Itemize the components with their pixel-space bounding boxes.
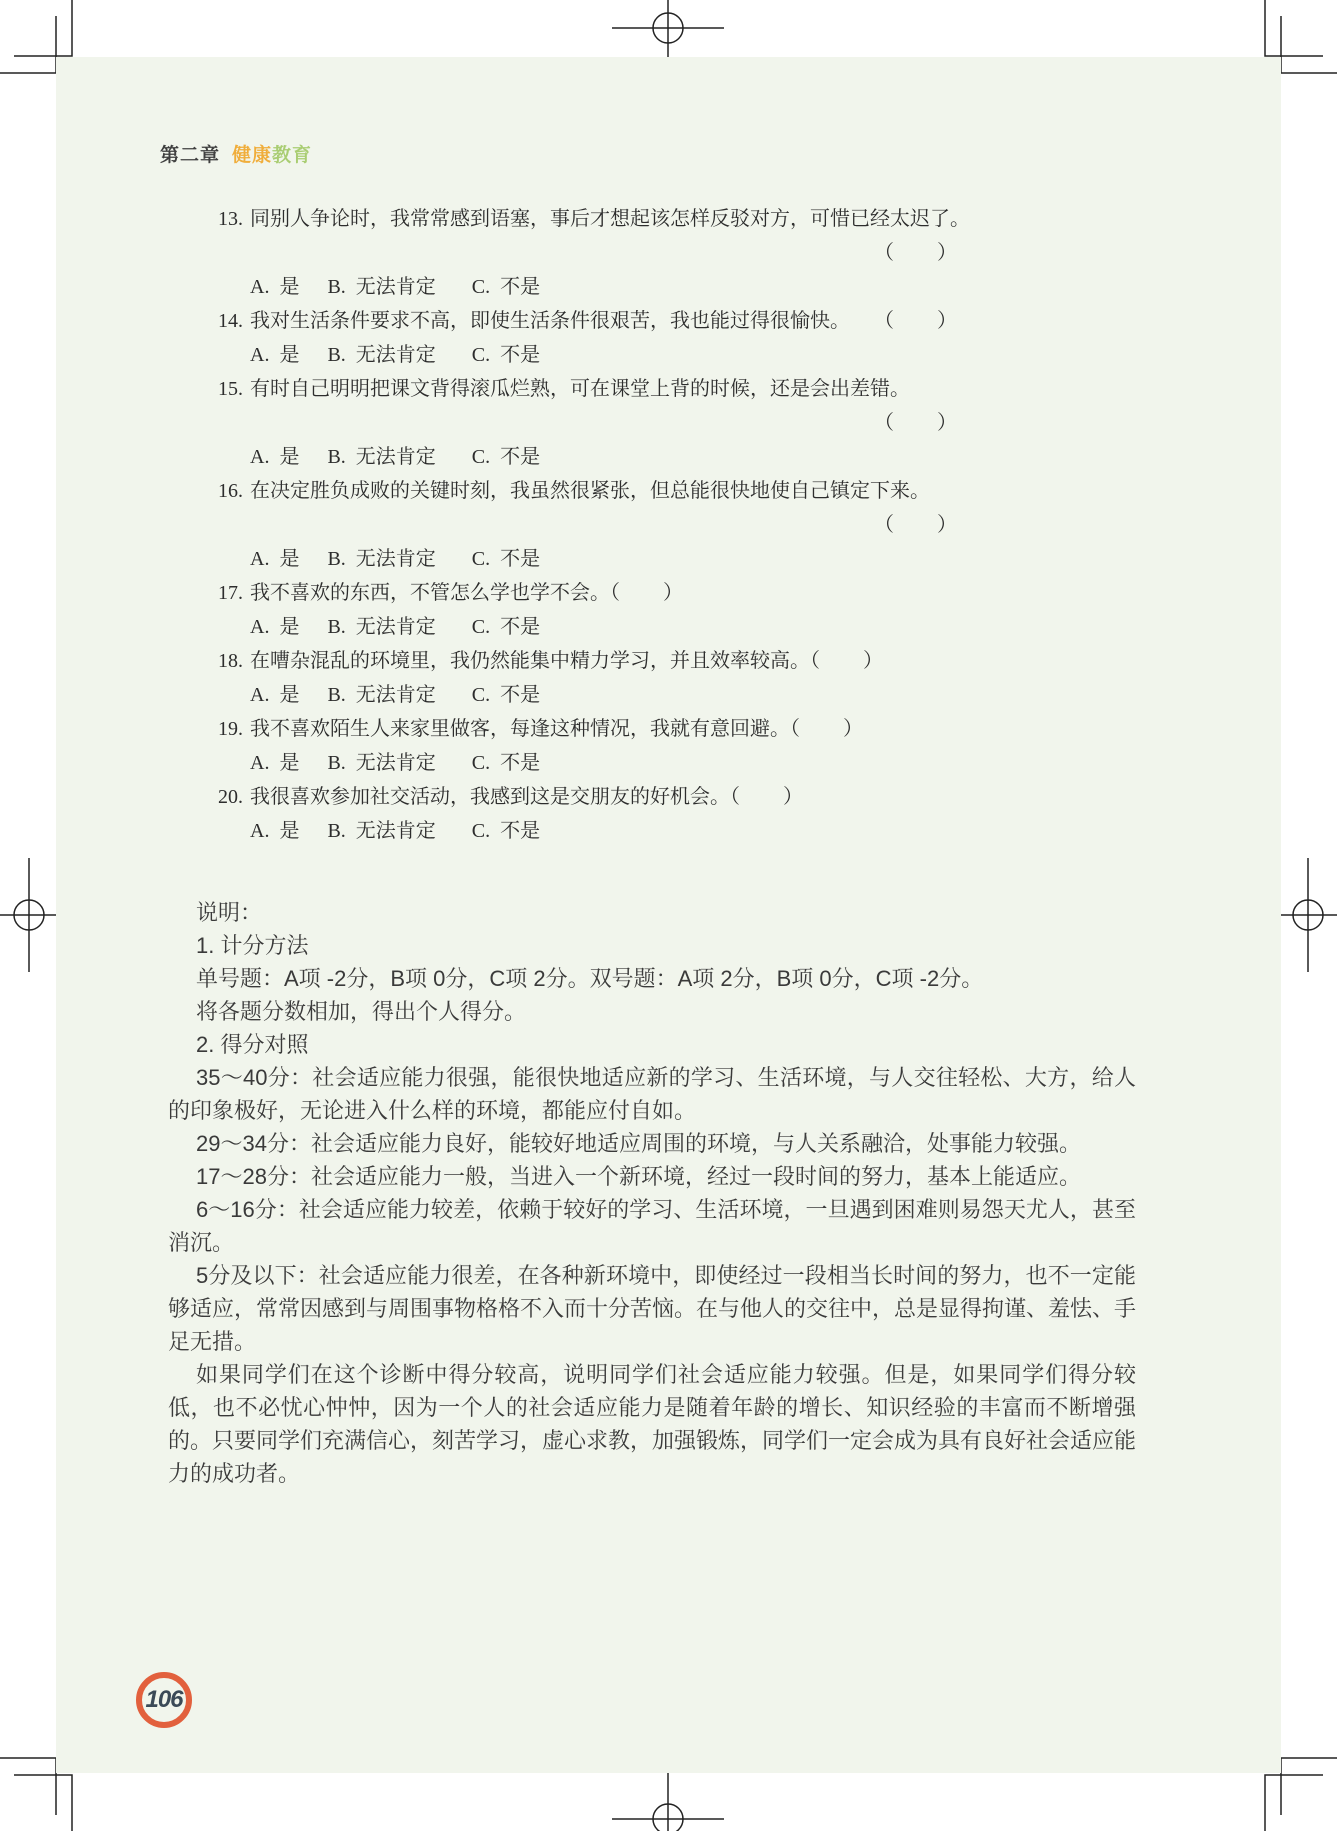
option-c: C. 不是 <box>472 548 540 570</box>
option-c: C. 不是 <box>472 820 540 842</box>
option-a: A. 是 <box>250 344 299 366</box>
question-number: 17. <box>218 576 250 610</box>
options-row: A. 是B. 无法肯定C. 不是 <box>250 440 1136 474</box>
option-a: A. 是 <box>250 276 299 298</box>
options-row: A. 是B. 无法肯定C. 不是 <box>250 270 1136 304</box>
question-number: 13. <box>218 202 250 236</box>
question-18: 18.在嘈杂混乱的环境里，我仍然能集中精力学习，并且效率较高。（ ） A. 是B… <box>218 644 1136 712</box>
answer-blank: （ ） <box>874 242 958 264</box>
option-c: C. 不是 <box>472 446 540 468</box>
questionnaire: 13.同别人争论时，我常常感到语塞，事后才想起该怎样反驳对方，可惜已经太迟了。 … <box>168 202 1136 848</box>
range-label: 5分及以下： <box>196 1263 319 1288</box>
scanned-book-page: 第二章健康教育 13.同别人争论时，我常常感到语塞，事后才想起该怎样反驳对方，可… <box>0 0 1337 1831</box>
question-text: 14.我对生活条件要求不高，即使生活条件很艰苦，我也能过得很愉快。（ ） <box>218 304 958 338</box>
question-body: 我对生活条件要求不高，即使生活条件很艰苦，我也能过得很愉快。 <box>250 310 850 332</box>
score-range-3: 17～28分：社会适应能力一般，当进入一个新环境，经过一段时间的努力，基本上能适… <box>168 1160 1136 1193</box>
range-label: 35～40分： <box>196 1065 312 1090</box>
chapter-title-accent: 健康 <box>232 145 272 166</box>
option-b: B. 无法肯定 <box>327 684 435 706</box>
chapter-header: 第二章健康教育 <box>160 140 1136 166</box>
question-number: 16. <box>218 474 250 508</box>
question-text: 17.我不喜欢的东西，不管怎么学也学不会。（ ） <box>218 576 1136 610</box>
question-number: 20. <box>218 780 250 814</box>
question-text: 18.在嘈杂混乱的环境里，我仍然能集中精力学习，并且效率较高。（ ） <box>218 644 1136 678</box>
answer-blank: （ ） <box>874 514 958 536</box>
option-b: B. 无法肯定 <box>327 820 435 842</box>
option-a: A. 是 <box>250 820 299 842</box>
options-row: A. 是B. 无法肯定C. 不是 <box>250 542 1136 576</box>
question-body: 有时自己明明把课文背得滚瓜烂熟，可在课堂上背的时候，还是会出差错。 <box>250 378 910 400</box>
question-body: 在嘈杂混乱的环境里，我仍然能集中精力学习，并且效率较高。 <box>250 650 810 672</box>
question-text: 15.有时自己明明把课文背得滚瓜烂熟，可在课堂上背的时候，还是会出差错。 <box>218 372 1136 406</box>
option-a: A. 是 <box>250 684 299 706</box>
option-a: A. 是 <box>250 446 299 468</box>
option-a: A. 是 <box>250 548 299 570</box>
options-row: A. 是B. 无法肯定C. 不是 <box>250 610 1136 644</box>
option-b: B. 无法肯定 <box>327 616 435 638</box>
range-desc: 社会适应能力良好，能较好地适应周围的环境，与人关系融洽，处事能力较强。 <box>311 1131 1081 1156</box>
option-b: B. 无法肯定 <box>327 344 435 366</box>
notes-heading: 说明： <box>168 896 1136 929</box>
score-range-4: 6～16分：社会适应能力较差，依赖于较好的学习、生活环境，一旦遇到困难则易怨天尤… <box>168 1193 1136 1259</box>
range-desc: 社会适应能力较差，依赖于较好的学习、生活环境，一旦遇到困难则易怨天尤人，甚至消沉… <box>168 1197 1136 1255</box>
page-number: 106 <box>145 1686 182 1714</box>
range-desc: 社会适应能力一般，当进入一个新环境，经过一段时间的努力，基本上能适应。 <box>311 1164 1081 1189</box>
option-c: C. 不是 <box>472 752 540 774</box>
question-19: 19.我不喜欢陌生人来家里做客，每逢这种情况，我就有意回避。（ ） A. 是B.… <box>218 712 1136 780</box>
question-number: 15. <box>218 372 250 406</box>
answer-blank: （ ） <box>610 582 684 604</box>
page-number-badge: 106 <box>136 1672 192 1728</box>
answer-blank: （ ） <box>874 304 958 338</box>
closing-paragraph: 如果同学们在这个诊断中得分较高，说明同学们社会适应能力较强。但是，如果同学们得分… <box>168 1358 1136 1490</box>
options-row: A. 是B. 无法肯定C. 不是 <box>250 678 1136 712</box>
question-number: 14. <box>218 304 250 338</box>
answer-blank: （ ） <box>790 718 864 740</box>
question-body: 在决定胜负成败的关键时刻，我虽然很紧张，但总能很快地使自己镇定下来。 <box>250 480 930 502</box>
scoring-sum: 将各题分数相加，得出个人得分。 <box>168 995 1136 1028</box>
question-20: 20.我很喜欢参加社交活动，我感到这是交朋友的好机会。（ ） A. 是B. 无法… <box>218 780 1136 848</box>
option-c: C. 不是 <box>472 276 540 298</box>
scoring-rule: 单号题：A项 -2分，B项 0分，C项 2分。双号题：A项 2分，B项 0分，C… <box>168 962 1136 995</box>
question-body: 我不喜欢的东西，不管怎么学也学不会。 <box>250 582 610 604</box>
question-number: 19. <box>218 712 250 746</box>
answer-blank: （ ） <box>730 786 804 808</box>
score-range-5: 5分及以下：社会适应能力很差，在各种新环境中，即使经过一段相当长时间的努力，也不… <box>168 1259 1136 1358</box>
question-body: 我不喜欢陌生人来家里做客，每逢这种情况，我就有意回避。 <box>250 718 790 740</box>
page-body: 第二章健康教育 13.同别人争论时，我常常感到语塞，事后才想起该怎样反驳对方，可… <box>56 57 1281 1773</box>
chapter-label: 第二章 <box>160 145 220 166</box>
option-b: B. 无法肯定 <box>327 548 435 570</box>
range-label: 29～34分： <box>196 1131 311 1156</box>
options-row: A. 是B. 无法肯定C. 不是 <box>250 338 1136 372</box>
option-a: A. 是 <box>250 752 299 774</box>
notes-item-1: 1. 计分方法 <box>168 929 1136 962</box>
question-body: 我很喜欢参加社交活动，我感到这是交朋友的好机会。 <box>250 786 730 808</box>
answer-blank: （ ） <box>810 650 884 672</box>
option-a: A. 是 <box>250 616 299 638</box>
range-label: 17～28分： <box>196 1164 311 1189</box>
question-15: 15.有时自己明明把课文背得滚瓜烂熟，可在课堂上背的时候，还是会出差错。 （ ）… <box>218 372 1136 474</box>
score-range-1: 35～40分：社会适应能力很强，能很快地适应新的学习、生活环境，与人交往轻松、大… <box>168 1061 1136 1127</box>
question-13: 13.同别人争论时，我常常感到语塞，事后才想起该怎样反驳对方，可惜已经太迟了。 … <box>218 202 1136 304</box>
question-text: 16.在决定胜负成败的关键时刻，我虽然很紧张，但总能很快地使自己镇定下来。 <box>218 474 1136 508</box>
question-number: 18. <box>218 644 250 678</box>
option-c: C. 不是 <box>472 616 540 638</box>
options-row: A. 是B. 无法肯定C. 不是 <box>250 746 1136 780</box>
option-b: B. 无法肯定 <box>327 276 435 298</box>
question-text: 13.同别人争论时，我常常感到语塞，事后才想起该怎样反驳对方，可惜已经太迟了。 <box>218 202 1136 236</box>
option-c: C. 不是 <box>472 684 540 706</box>
scoring-notes: 说明： 1. 计分方法 单号题：A项 -2分，B项 0分，C项 2分。双号题：A… <box>168 896 1136 1490</box>
notes-item-2: 2. 得分对照 <box>168 1028 1136 1061</box>
chapter-title-green: 教育 <box>272 145 312 166</box>
question-16: 16.在决定胜负成败的关键时刻，我虽然很紧张，但总能很快地使自己镇定下来。 （ … <box>218 474 1136 576</box>
option-b: B. 无法肯定 <box>327 752 435 774</box>
options-row: A. 是B. 无法肯定C. 不是 <box>250 814 1136 848</box>
range-desc: 社会适应能力很强，能很快地适应新的学习、生活环境，与人交往轻松、大方，给人的印象… <box>168 1065 1136 1123</box>
question-17: 17.我不喜欢的东西，不管怎么学也学不会。（ ） A. 是B. 无法肯定C. 不… <box>218 576 1136 644</box>
question-14: 14.我对生活条件要求不高，即使生活条件很艰苦，我也能过得很愉快。（ ） A. … <box>218 304 1136 372</box>
question-body: 同别人争论时，我常常感到语塞，事后才想起该怎样反驳对方，可惜已经太迟了。 <box>250 208 970 230</box>
option-c: C. 不是 <box>472 344 540 366</box>
score-range-2: 29～34分：社会适应能力良好，能较好地适应周围的环境，与人关系融洽，处事能力较… <box>168 1127 1136 1160</box>
question-text: 19.我不喜欢陌生人来家里做客，每逢这种情况，我就有意回避。（ ） <box>218 712 1136 746</box>
range-label: 6～16分： <box>196 1197 299 1222</box>
option-b: B. 无法肯定 <box>327 446 435 468</box>
answer-blank: （ ） <box>874 412 958 434</box>
question-text: 20.我很喜欢参加社交活动，我感到这是交朋友的好机会。（ ） <box>218 780 1136 814</box>
